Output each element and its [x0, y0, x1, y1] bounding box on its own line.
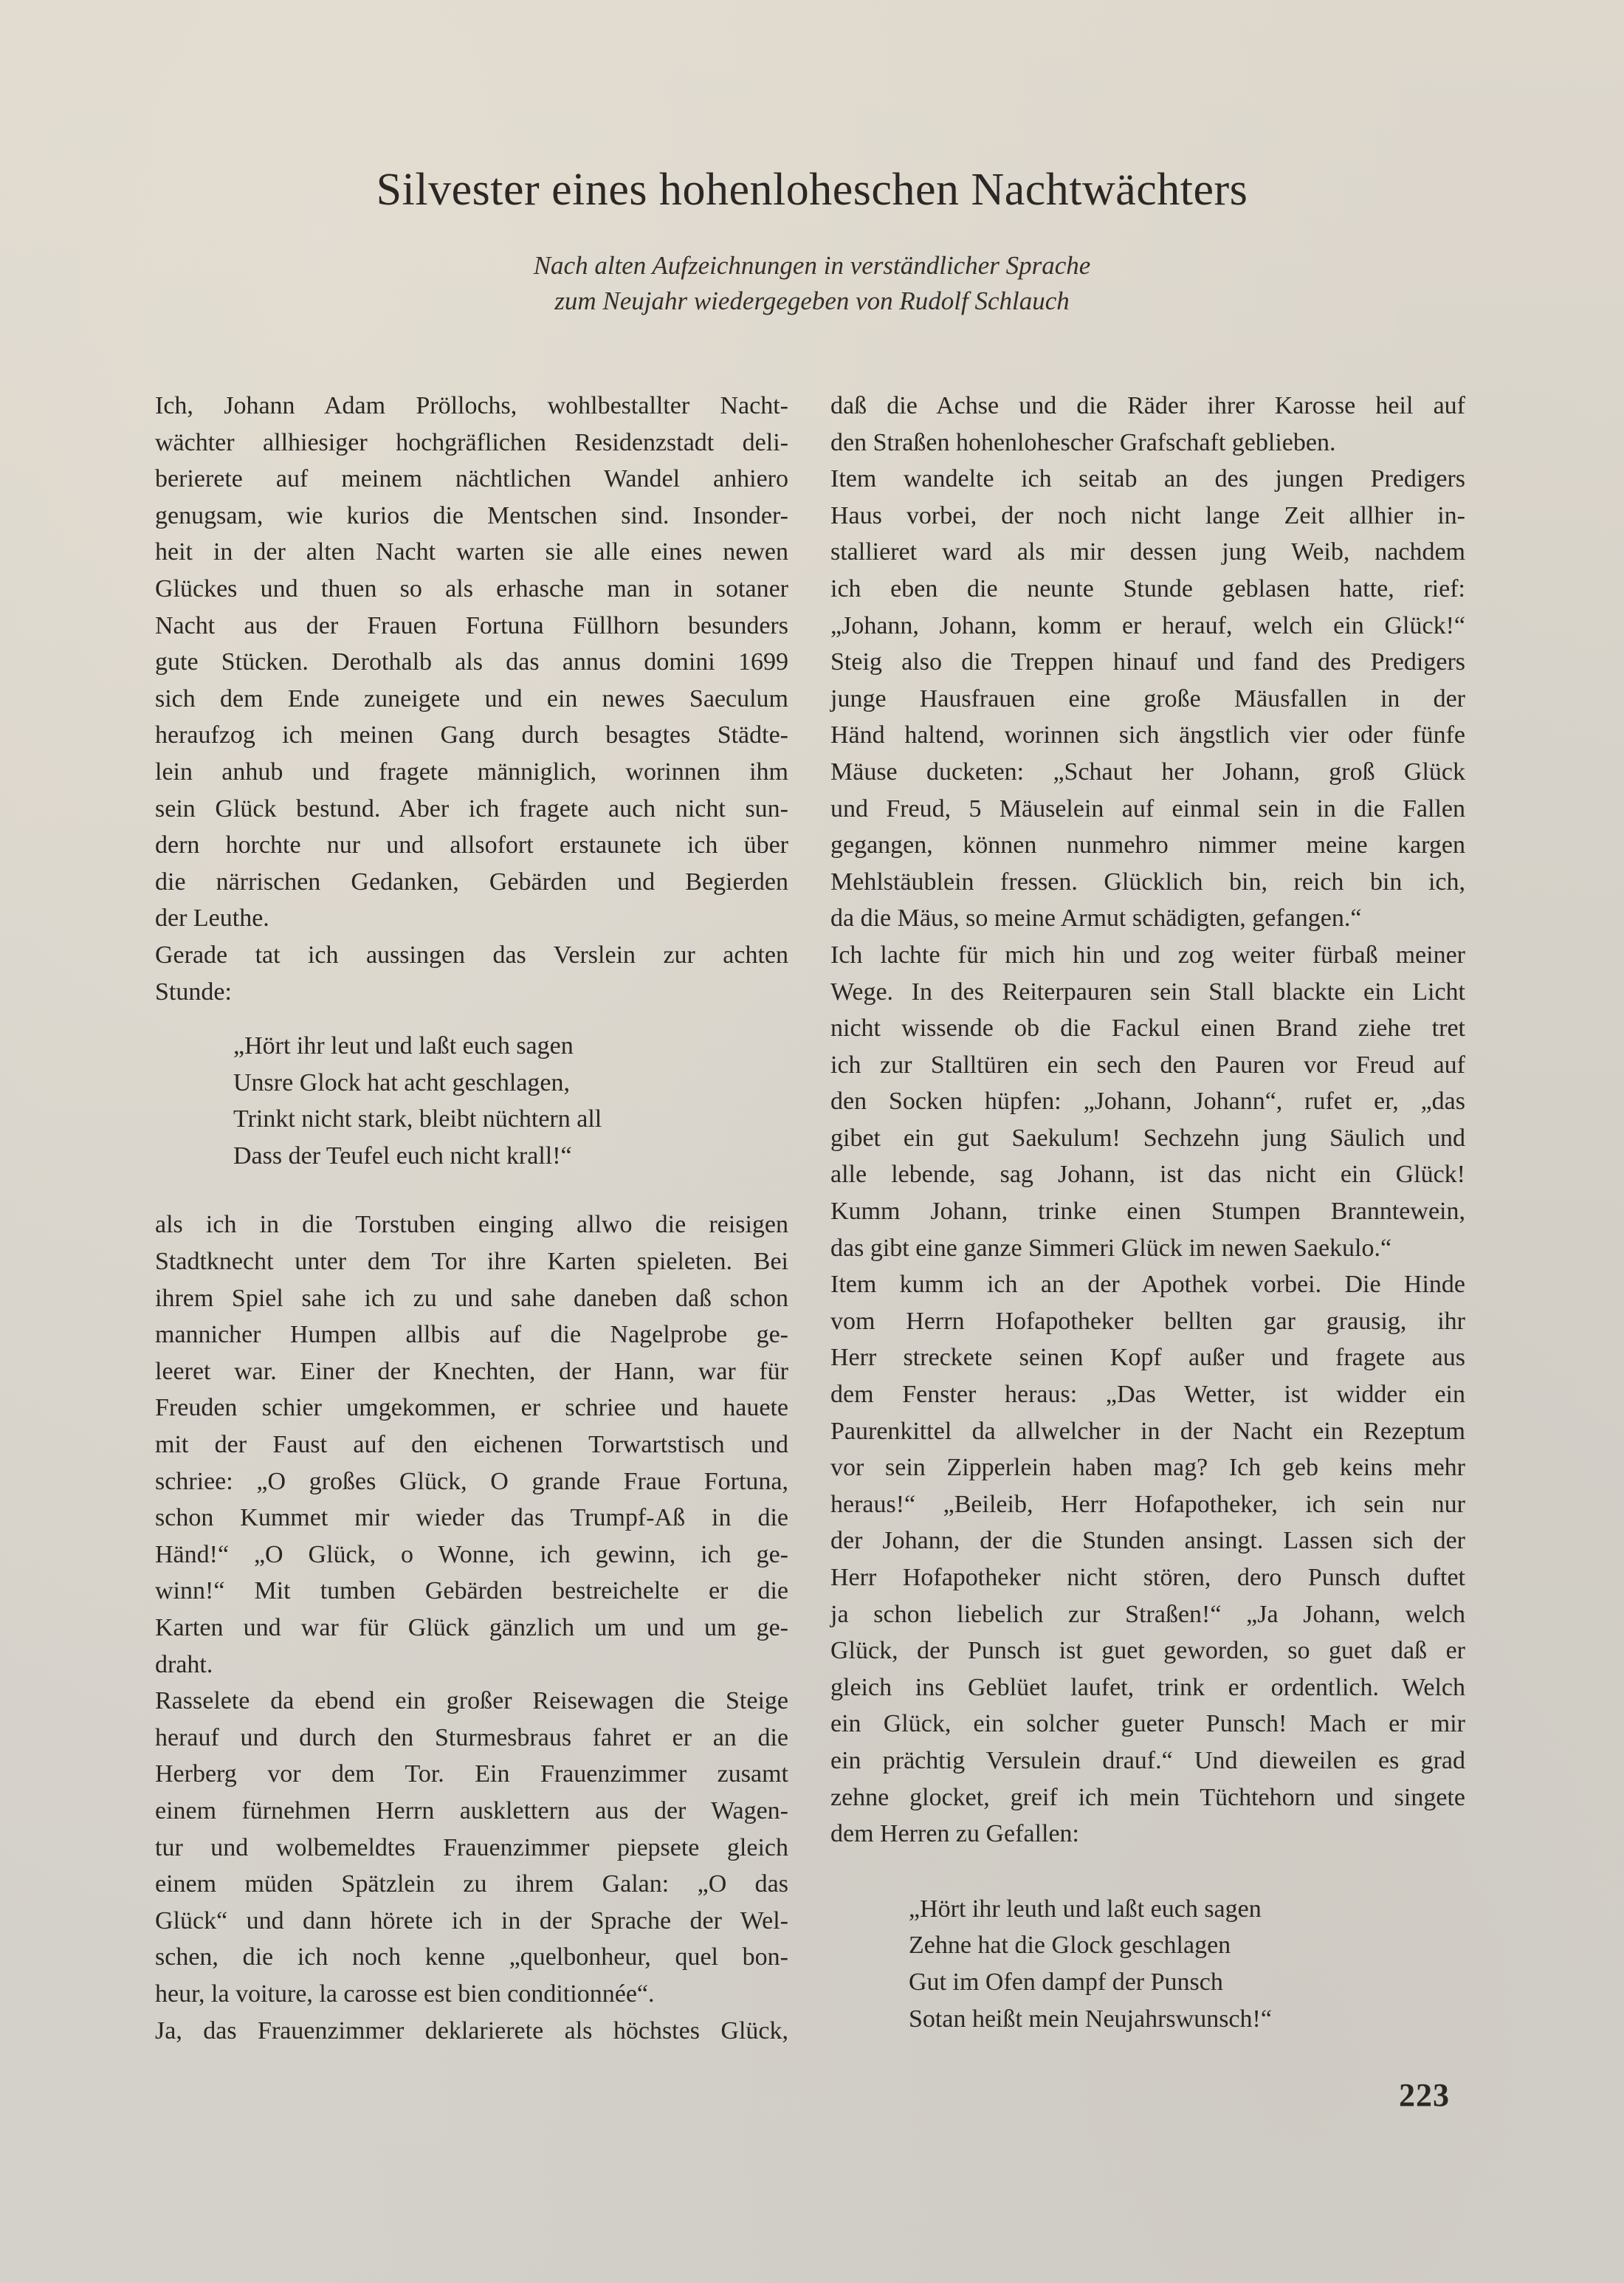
verse-line: Trinkt nicht stark, bleibt nüchtern all: [233, 1101, 788, 1138]
text-line: mannicher Humpen allbis auf die Nagelpro…: [155, 1316, 788, 1353]
verse: „Hört ihr leuth und laßt euch sagen Zehn…: [830, 1891, 1465, 2037]
text-line: gute Stücken. Derothalb als das annus do…: [155, 644, 788, 681]
text-line: schriee: „O großes Glück, O grande Fraue…: [155, 1463, 788, 1500]
text-line: Nacht aus der Frauen Fortuna Füllhorn be…: [155, 608, 788, 645]
text-line: Freuden schier umgekommen, er schriee un…: [155, 1390, 788, 1427]
text-line: „Johann, Johann, komm er herauf, welch e…: [830, 608, 1465, 645]
text-line: da die Mäus, so meine Armut schädigten, …: [830, 900, 1465, 937]
verse-line: Zehne hat die Glock geschlagen: [909, 1927, 1465, 1964]
text-line: schen, die ich noch kenne „quelbonheur, …: [155, 1939, 788, 1976]
text-line: junge Hausfrauen eine große Mäusfallen i…: [830, 681, 1465, 718]
text-line: berierete auf meinem nächtlichen Wandel …: [155, 461, 788, 498]
text-line: heraufzog ich meinen Gang durch besagtes…: [155, 717, 788, 754]
text-line: Herberg vor dem Tor. Ein Frauenzimmer zu…: [155, 1756, 788, 1793]
text-line: Rasselete da ebend ein großer Reisewagen…: [155, 1683, 788, 1720]
text-line: Steig also die Treppen hinauf und fand d…: [830, 644, 1465, 681]
verse-line: „Hört ihr leuth und laßt euch sagen: [909, 1891, 1465, 1928]
text-line: Herr streckete seinen Kopf außer und fra…: [830, 1339, 1465, 1376]
text-line: ich eben die neunte Stunde geblasen hatt…: [830, 571, 1465, 608]
text-line: wächter allhiesiger hochgräflichen Resid…: [155, 425, 788, 461]
text-line: gibet ein gut Saekulum! Sechzehn jung Sä…: [830, 1120, 1465, 1157]
text-line: die närrischen Gedanken, Gebärden und Be…: [155, 864, 788, 901]
text-line: schon Kummet mir wieder das Trumpf-Aß in…: [155, 1500, 788, 1537]
text-line: vom Herrn Hofapotheker bellten gar graus…: [830, 1303, 1465, 1340]
text-line: Ich, Johann Adam Pröllochs, wohlbestallt…: [155, 388, 788, 425]
text-line: alle lebende, sag Johann, ist das nicht …: [830, 1156, 1465, 1193]
text-line: Paurenkittel da allwelcher in der Nacht …: [830, 1413, 1465, 1450]
verse: „Hört ihr leut und laßt euch sagen Unsre…: [155, 1028, 788, 1174]
text-line: Ja, das Frauenzimmer deklarierete als hö…: [155, 2013, 788, 2050]
text-line: Ich lachte für mich hin und zog weiter f…: [830, 937, 1465, 974]
text-line: das gibt eine ganze Simmeri Glück im new…: [830, 1230, 1465, 1267]
text-line: gleich ins Geblüet laufet, trink er orde…: [830, 1669, 1465, 1706]
text-line: einem fürnehmen Herrn ausklettern aus de…: [155, 1793, 788, 1830]
paragraph: daß die Achse und die Räder ihrer Kaross…: [830, 388, 1465, 461]
text-line: den Socken hüpfen: „Johann, Johann“, ruf…: [830, 1083, 1465, 1120]
text-line: dem Fenster heraus: „Das Wetter, ist wid…: [830, 1376, 1465, 1413]
subtitle-line: Nach alten Aufzeichnungen in verständlic…: [0, 248, 1624, 284]
text-line: einem müden Spätzlein zu ihrem Galan: „O…: [155, 1866, 788, 1903]
text-line: Herr Hofapotheker nicht stören, dero Pun…: [830, 1559, 1465, 1596]
text-line: Gerade tat ich aussingen das Verslein zu…: [155, 937, 788, 974]
paragraph: als ich in die Torstuben einging allwo d…: [155, 1206, 788, 1683]
text-line: ich zur Stalltüren ein sech den Pauren v…: [830, 1047, 1465, 1084]
left-column: Ich, Johann Adam Pröllochs, wohlbestallt…: [155, 388, 788, 2049]
text-line: heit in der alten Nacht warten sie alle …: [155, 534, 788, 571]
text-line: Glückes und thuen so als erhasche man in…: [155, 571, 788, 608]
paragraph: Item wandelte ich seitab an des jungen P…: [830, 461, 1465, 937]
text-line: Mehlstäublein fressen. Glücklich bin, re…: [830, 864, 1465, 901]
text-line: winn!“ Mit tumben Gebärden bestreichelte…: [155, 1573, 788, 1610]
paragraph: Item kumm ich an der Apothek vorbei. Die…: [830, 1266, 1465, 1853]
text-line: draht.: [155, 1647, 788, 1683]
paragraph: Ja, das Frauenzimmer deklarierete als hö…: [155, 2013, 788, 2050]
text-line: tur und wolbemeldtes Frauenzimmer piepse…: [155, 1830, 788, 1867]
text-line: als ich in die Torstuben einging allwo d…: [155, 1206, 788, 1243]
verse-line: Dass der Teufel euch nicht krall!“: [233, 1138, 788, 1175]
text-line: Händ haltend, worinnen sich ängstlich vi…: [830, 717, 1465, 754]
paragraph: Rasselete da ebend ein großer Reisewagen…: [155, 1683, 788, 2012]
text-line: der Leuthe.: [155, 900, 788, 937]
text-line: Item wandelte ich seitab an des jungen P…: [830, 461, 1465, 498]
text-line: stallieret ward als mir dessen jung Weib…: [830, 534, 1465, 571]
verse-line: „Hört ihr leut und laßt euch sagen: [233, 1028, 788, 1065]
right-column: daß die Achse und die Räder ihrer Kaross…: [830, 388, 1465, 2070]
text-line: Karten und war für Glück gänzlich um und…: [155, 1610, 788, 1647]
text-line: vor sein Zipperlein haben mag? Ich geb k…: [830, 1449, 1465, 1486]
text-line: heur, la voiture, la carosse est bien co…: [155, 1976, 788, 2013]
paragraph: Gerade tat ich aussingen das Verslein zu…: [155, 937, 788, 1010]
text-line: heraus!“ „Beileib, Herr Hofapotheker, ic…: [830, 1486, 1465, 1523]
text-line: Haus vorbei, der noch nicht lange Zeit a…: [830, 498, 1465, 535]
text-line: Mäuse ducketen: „Schaut her Johann, groß…: [830, 754, 1465, 791]
text-line: und Freud, 5 Mäuselein auf einmal sein i…: [830, 791, 1465, 828]
text-line: dern horchte nur und allsofort erstaunet…: [155, 827, 788, 864]
text-line: daß die Achse und die Räder ihrer Kaross…: [830, 388, 1465, 425]
verse-line: Sotan heißt mein Neujahrswunsch!“: [909, 2001, 1465, 2038]
article-subtitle: Nach alten Aufzeichnungen in verständlic…: [0, 248, 1624, 319]
text-line: Wege. In des Reiterpauren sein Stall bla…: [830, 974, 1465, 1011]
paragraph: Ich, Johann Adam Pröllochs, wohlbestallt…: [155, 388, 788, 937]
text-line: leeret war. Einer der Knechten, der Hann…: [155, 1353, 788, 1390]
text-line: ein prächtig Versulein drauf.“ Und diewe…: [830, 1743, 1465, 1779]
text-line: Item kumm ich an der Apothek vorbei. Die…: [830, 1266, 1465, 1303]
text-line: Stadtknecht unter dem Tor ihre Karten sp…: [155, 1243, 788, 1280]
text-line: sein Glück bestund. Aber ich fragete auc…: [155, 791, 788, 828]
text-line: dem Herren zu Gefallen:: [830, 1816, 1465, 1853]
article-title: Silvester eines hohenloheschen Nachtwäch…: [0, 164, 1624, 216]
text-line: der Johann, der die Stunden ansingt. Las…: [830, 1522, 1465, 1559]
text-line: Stunde:: [155, 974, 788, 1011]
paragraph: Ich lachte für mich hin und zog weiter f…: [830, 937, 1465, 1266]
text-line: lein anhub und fragete männiglich, worin…: [155, 754, 788, 791]
text-line: sich dem Ende zuneigete und ein newes Sa…: [155, 681, 788, 718]
verse-line: Gut im Ofen dampf der Punsch: [909, 1964, 1465, 2001]
text-line: Kumm Johann, trinke einen Stumpen Brannt…: [830, 1193, 1465, 1230]
text-line: ihrem Spiel sahe ich zu und sahe daneben…: [155, 1280, 788, 1317]
text-line: nicht wissende ob die Fackul einen Brand…: [830, 1010, 1465, 1047]
text-line: genugsam, wie kurios die Mentschen sind.…: [155, 498, 788, 535]
text-line: ja schon liebelich zur Straßen!“ „Ja Joh…: [830, 1596, 1465, 1633]
subtitle-line: zum Neujahr wiedergegeben von Rudolf Sch…: [0, 284, 1624, 319]
page-number: 223: [1399, 2076, 1450, 2114]
document-page: Silvester eines hohenloheschen Nachtwäch…: [0, 0, 1624, 2283]
text-line: mit der Faust auf den eichenen Torwartst…: [155, 1427, 788, 1463]
text-line: ein Glück, ein solcher gueter Punsch! Ma…: [830, 1706, 1465, 1743]
text-line: Händ!“ „O Glück, o Wonne, ich gewinn, ic…: [155, 1537, 788, 1573]
text-line: zehne glocket, greif ich mein Tüchtehorn…: [830, 1779, 1465, 1816]
verse-line: Unsre Glock hat acht geschlagen,: [233, 1065, 788, 1102]
text-line: Glück, der Punsch ist guet geworden, so …: [830, 1633, 1465, 1669]
text-line: gegangen, können nunmehro nimmer meine k…: [830, 827, 1465, 864]
text-line: herauf und durch den Sturmesbraus fahret…: [155, 1720, 788, 1757]
text-line: Glück“ und dann hörete ich in der Sprach…: [155, 1903, 788, 1940]
text-line: den Straßen hohenlohescher Grafschaft ge…: [830, 425, 1465, 461]
